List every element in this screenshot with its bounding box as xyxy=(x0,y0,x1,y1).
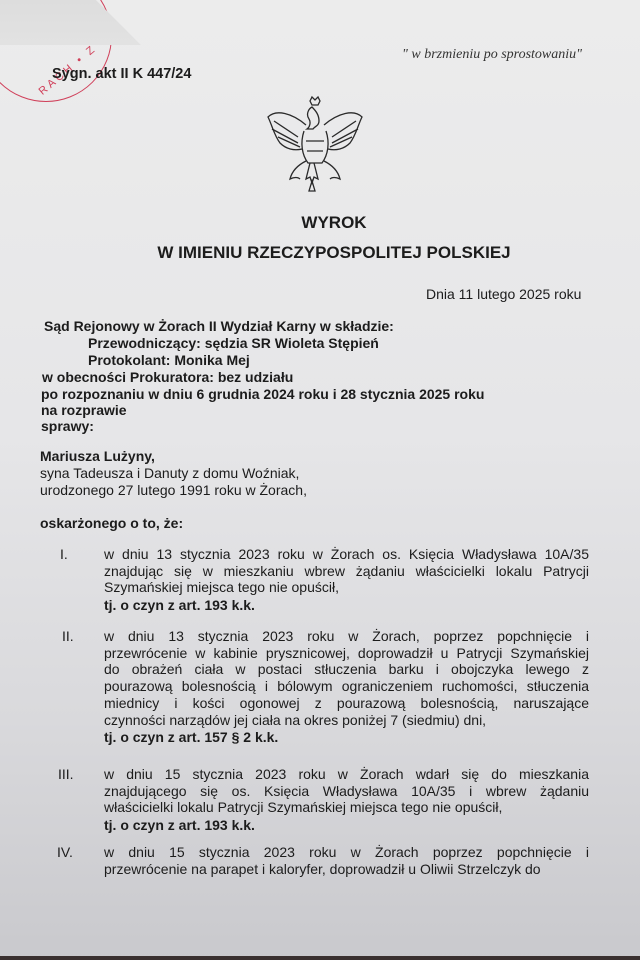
court-hearing: po rozpoznaniu w dniu 6 grudnia 2024 rok… xyxy=(41,386,484,402)
court-verdict-page: RACH • Z Sygn. akt II K 447/24 " w brzmi… xyxy=(0,0,640,960)
charge-line: Szymańskiej miejsca tego nie opuścił, xyxy=(104,579,589,596)
charge-number: I. xyxy=(60,546,68,562)
charge-text: w dniu 13 stycznia 2023 roku w Żorach, p… xyxy=(104,628,589,746)
accused-header: oskarżonego o to, że: xyxy=(40,515,183,531)
verdict-title: WYROK xyxy=(14,213,640,233)
charge-line: pourazową bolesnością i bólowym ogranicz… xyxy=(104,678,589,695)
charge-number: IV. xyxy=(57,844,73,860)
case-label: sprawy: xyxy=(41,418,94,434)
charge-line: przewrócenie na parapet i kaloryfer, dop… xyxy=(104,861,589,878)
court-clerk: Protokolant: Monika Mej xyxy=(88,352,250,368)
court-chair: Przewodniczący: sędzia SR Wioleta Stępie… xyxy=(88,335,379,351)
correction-note: " w brzmieniu po sprostowaniu" xyxy=(402,47,582,63)
charge-text: w dniu 15 stycznia 2023 roku w Żorach po… xyxy=(104,844,589,877)
charge-article: tj. o czyn z art. 193 k.k. xyxy=(104,817,589,834)
charge-line: znajdując się w mieszkaniu wbrew żądaniu… xyxy=(104,563,589,580)
charge-text: w dniu 15 stycznia 2023 roku w Żorach wd… xyxy=(104,766,589,834)
charge-number: III. xyxy=(58,766,74,782)
charge-article: tj. o czyn z art. 157 § 2 k.k. xyxy=(104,729,589,746)
court-hearing-type: na rozprawie xyxy=(41,402,127,418)
defendant-parents: syna Tadeusza i Danuty z domu Woźniak, xyxy=(40,465,299,481)
charge-number: II. xyxy=(62,628,74,644)
charge-line: do obrażeń ciała w postaci stłuczenia ba… xyxy=(104,661,589,678)
court-line: Sąd Rejonowy w Żorach II Wydział Karny w… xyxy=(44,318,394,334)
defendant-name: Mariusza Lużyny, xyxy=(40,448,155,464)
court-prosecutor: w obecności Prokuratora: bez udziału xyxy=(42,369,293,385)
page-edge xyxy=(0,956,640,960)
defendant-born: urodzonego 27 lutego 1991 roku w Żorach, xyxy=(40,482,307,498)
charge-line: w dniu 13 stycznia 2023 roku w Żorach, p… xyxy=(104,628,589,645)
charge-line: w dniu 15 stycznia 2023 roku w Żorach po… xyxy=(104,844,589,861)
charge-line: przewrócenie w kabinie prysznicowej, dop… xyxy=(104,645,589,662)
case-signature: Sygn. akt II K 447/24 xyxy=(52,66,191,82)
charge-line: w dniu 13 stycznia 2023 roku w Żorach os… xyxy=(104,546,589,563)
charge-line: właścicielki lokalu Patrycji Szymańskiej… xyxy=(104,799,589,816)
charge-line: czynności narządów jej ciała na okres po… xyxy=(104,712,589,729)
verdict-subtitle: W IMIENIU RZECZYPOSPOLITEJ POLSKIEJ xyxy=(14,243,640,263)
polish-eagle-icon xyxy=(262,95,368,197)
charge-text: w dniu 13 stycznia 2023 roku w Żorach os… xyxy=(104,546,589,614)
charge-article: tj. o czyn z art. 193 k.k. xyxy=(104,597,589,614)
charge-line: znajdującego się os. Księcia Władysława … xyxy=(104,783,589,800)
verdict-date: Dnia 11 lutego 2025 roku xyxy=(426,286,581,302)
charge-line: miednicy i kości ogonowej z pourazową bo… xyxy=(104,695,589,712)
charge-line: w dniu 15 stycznia 2023 roku w Żorach wd… xyxy=(104,766,589,783)
